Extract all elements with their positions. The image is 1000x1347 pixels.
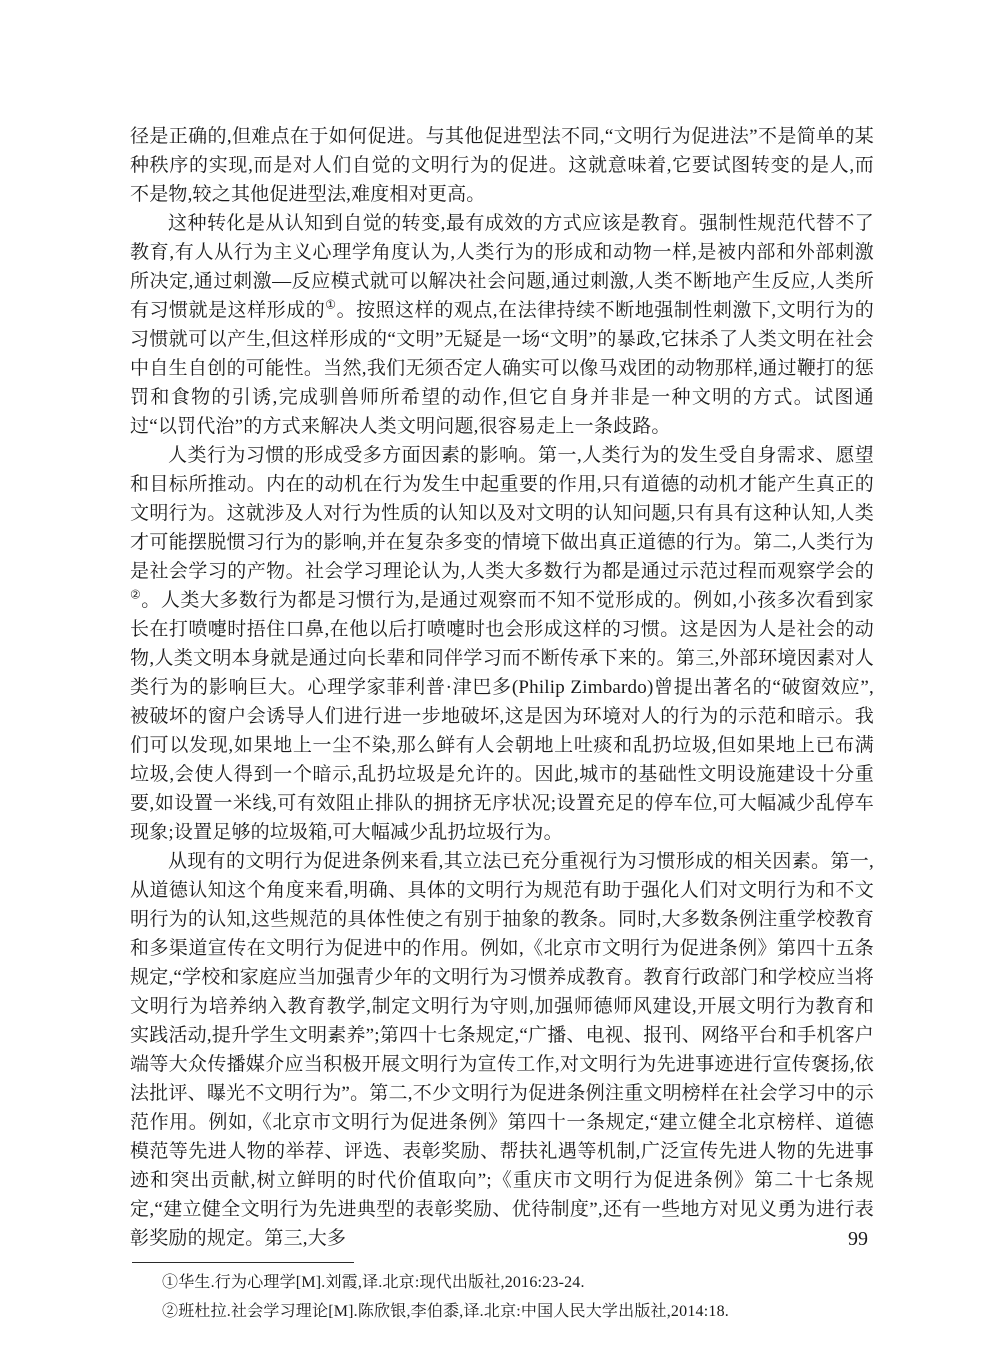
- paragraph: 人类行为习惯的形成受多方面因素的影响。第一,人类行为的发生受自身需求、愿望和目标…: [130, 441, 874, 847]
- paragraph: 这种转化是从认知到自觉的转变,最有成效的方式应该是教育。强制性规范代替不了教育,…: [130, 209, 874, 441]
- footnote-marker: ②: [130, 588, 141, 602]
- footnote: ①华生.行为心理学[M].刘霞,译.北京:现代出版社,2016:23-24.: [130, 1268, 874, 1297]
- footnote-separator: [132, 1262, 354, 1263]
- footnote: ②班杜拉.社会学习理论[M].陈欣银,李伯黍,译.北京:中国人民大学出版社,20…: [130, 1297, 874, 1326]
- footnote-marker: ①: [325, 298, 336, 312]
- page-number: 99: [848, 1228, 868, 1251]
- paragraph: 从现有的文明行为促进条例来看,其立法已充分重视行为习惯形成的相关因素。第一,从道…: [130, 847, 874, 1253]
- body-text: 径是正确的,但难点在于如何促进。与其他促进型法不同,“文明行为促进法”不是简单的…: [130, 122, 874, 1253]
- footnotes: ①华生.行为心理学[M].刘霞,译.北京:现代出版社,2016:23-24.②班…: [130, 1268, 874, 1326]
- page-content: 径是正确的,但难点在于如何促进。与其他促进型法不同,“文明行为促进法”不是简单的…: [130, 122, 874, 1326]
- paragraph: 径是正确的,但难点在于如何促进。与其他促进型法不同,“文明行为促进法”不是简单的…: [130, 122, 874, 209]
- paper-page: 径是正确的,但难点在于如何促进。与其他促进型法不同,“文明行为促进法”不是简单的…: [0, 0, 1000, 1347]
